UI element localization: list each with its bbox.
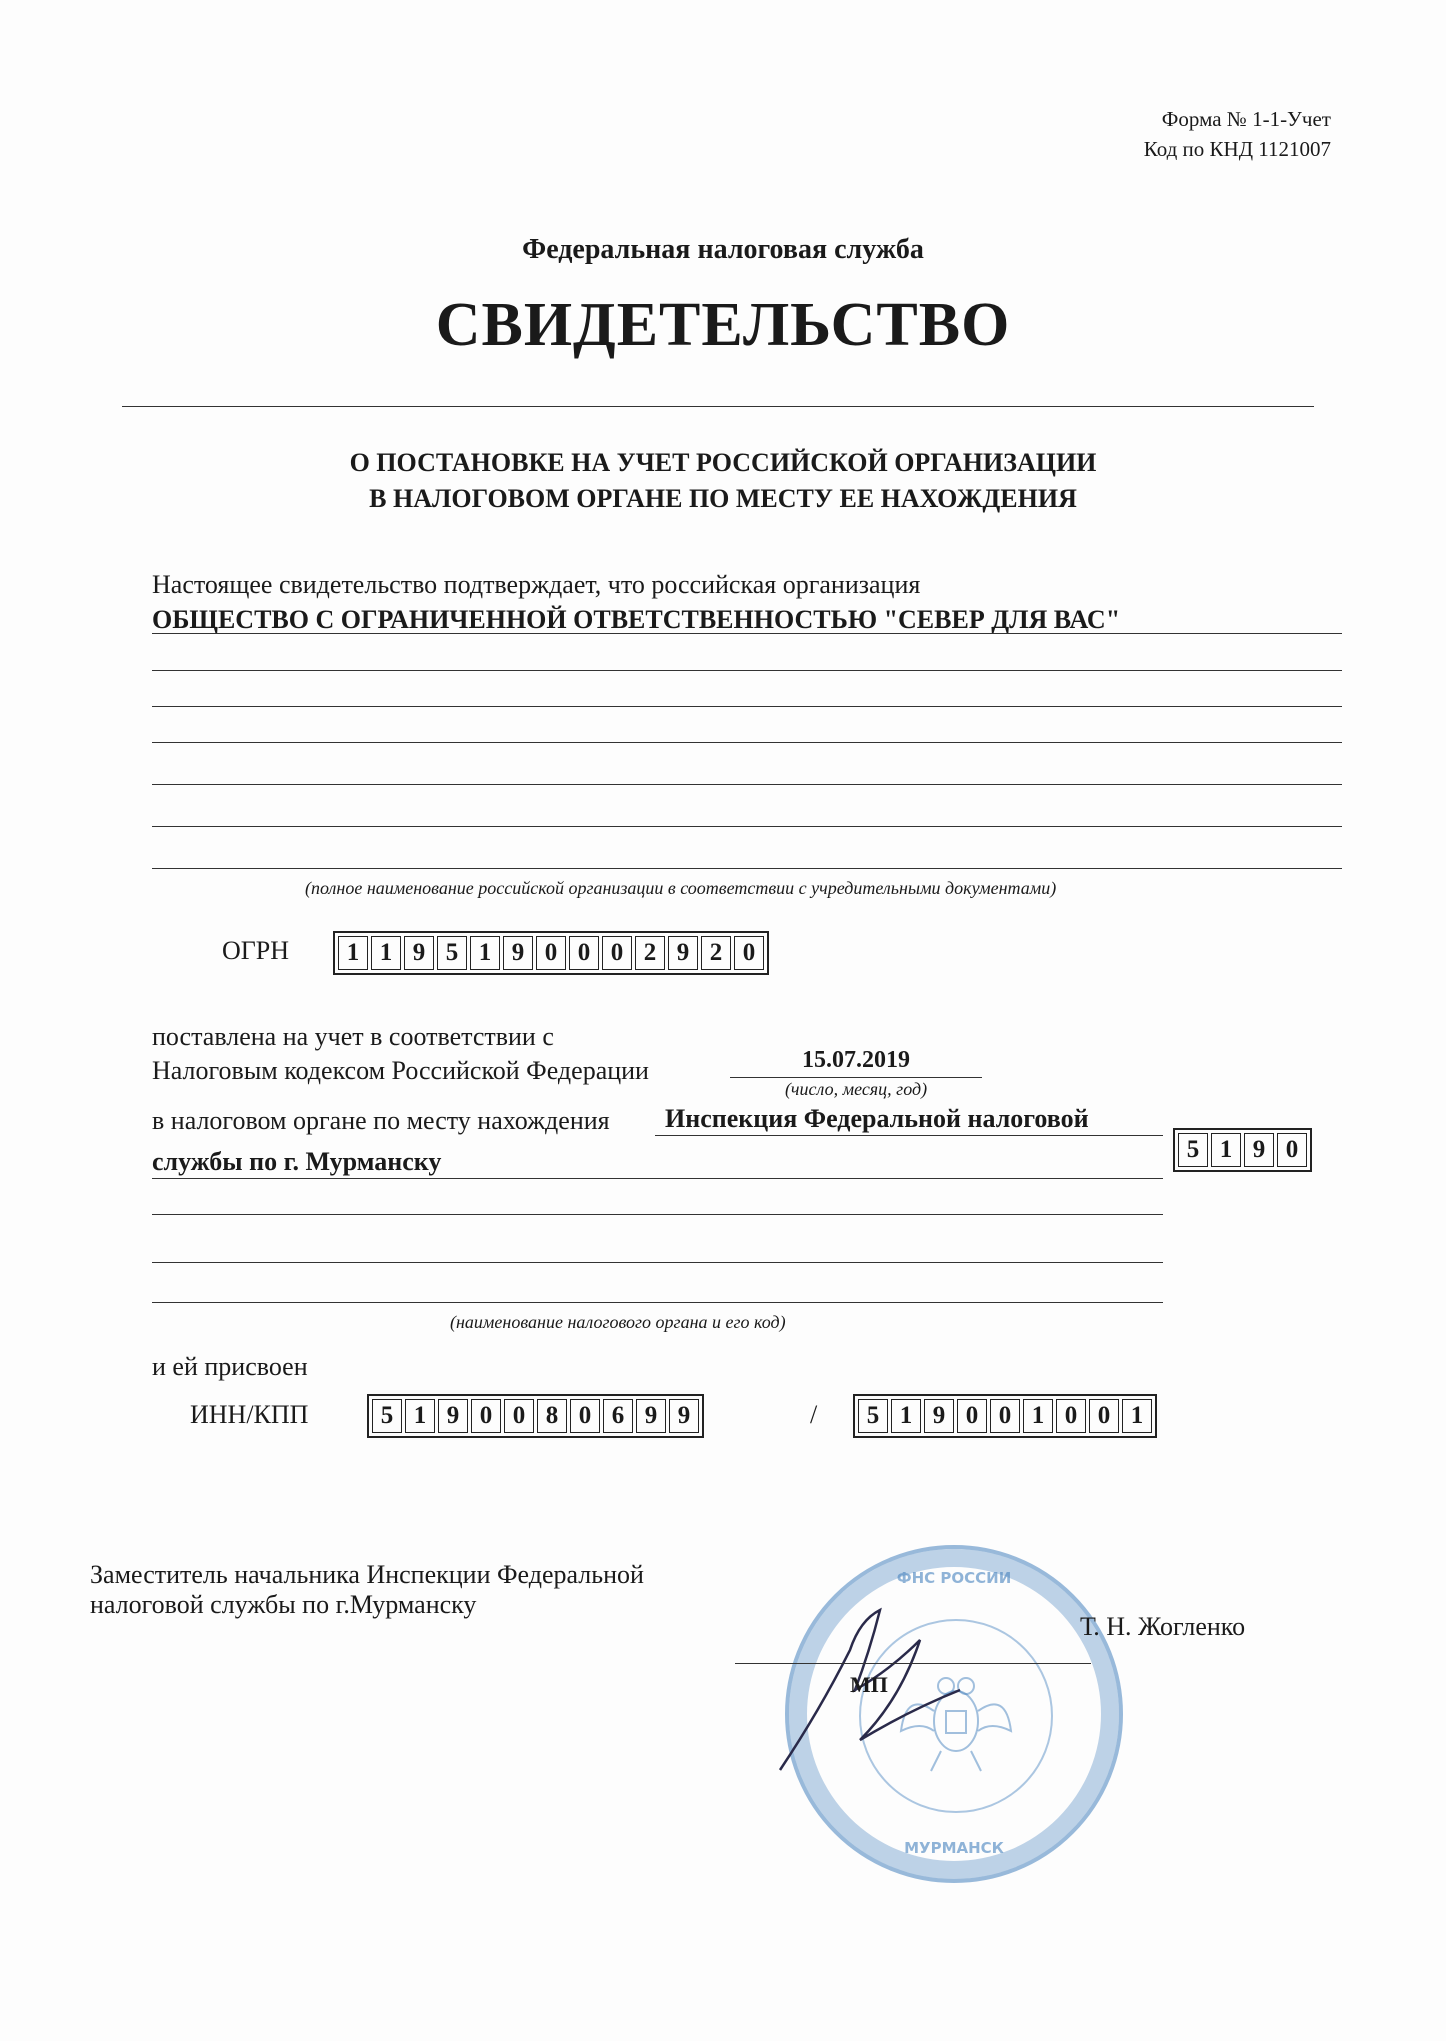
kpp-digit: 1 [1023, 1399, 1053, 1433]
ogrn-digit: 0 [569, 936, 599, 970]
ogrn-digit: 2 [701, 936, 731, 970]
title-divider [122, 406, 1314, 407]
ogrn-digits: 1195190002920 [333, 931, 769, 975]
kpp-digit: 0 [957, 1399, 987, 1433]
ogrn-digit: 9 [668, 936, 698, 970]
kpp-digit: 1 [1122, 1399, 1152, 1433]
date-underline [730, 1077, 982, 1078]
kpp-digit: 0 [1056, 1399, 1086, 1433]
inn-digit: 6 [603, 1399, 633, 1433]
ogrn-digit: 0 [734, 936, 764, 970]
intro-text: Настоящее свидетельство подтверждает, чт… [152, 570, 920, 600]
ogrn-digit: 9 [404, 936, 434, 970]
inn-digits: 5190080699 [367, 1394, 704, 1438]
authority-caption: (наименование налогового органа и его ко… [450, 1312, 786, 1333]
ogrn-digit: 0 [602, 936, 632, 970]
inn-digit: 5 [372, 1399, 402, 1433]
authority-name-2: службы по г. Мурманску [152, 1147, 441, 1177]
subtitle-line-2: В НАЛОГОВОМ ОРГАНЕ ПО МЕСТУ ЕЕ НАХОЖДЕНИ… [0, 481, 1446, 517]
authority-code-digit: 5 [1178, 1133, 1208, 1167]
registration-line-1: поставлена на учет в соответствии с [152, 1022, 554, 1052]
ogrn-label: ОГРН [222, 936, 289, 966]
organization-name: ОБЩЕСТВО С ОГРАНИЧЕННОЙ ОТВЕТСТВЕННОСТЬЮ… [152, 605, 1120, 635]
inn-digit: 1 [405, 1399, 435, 1433]
inn-digit: 9 [438, 1399, 468, 1433]
authority-line-5 [152, 1302, 1163, 1303]
inn-digit: 9 [636, 1399, 666, 1433]
inn-digit: 0 [570, 1399, 600, 1433]
authority-line-4 [152, 1262, 1163, 1263]
authority-line-2 [152, 1178, 1163, 1179]
signatory-position: Заместитель начальника Инспекции Федерал… [90, 1560, 644, 1620]
org-line-1 [152, 633, 1342, 634]
inn-digit: 9 [669, 1399, 699, 1433]
authority-label: в налоговом органе по месту нахождения [152, 1106, 610, 1136]
ogrn-digit: 0 [536, 936, 566, 970]
ogrn-digit: 2 [635, 936, 665, 970]
org-line-6 [152, 826, 1342, 827]
seal-label: МП [850, 1672, 888, 1698]
authority-line-3 [152, 1214, 1163, 1215]
authority-line-1 [655, 1135, 1163, 1136]
kpp-digit: 0 [990, 1399, 1020, 1433]
knd-code: Код по КНД 1121007 [1144, 134, 1331, 164]
authority-code: 5190 [1173, 1128, 1312, 1172]
position-line-1: Заместитель начальника Инспекции Федерал… [90, 1560, 644, 1590]
authority-code-digit: 0 [1277, 1133, 1307, 1167]
kpp-digit: 1 [891, 1399, 921, 1433]
ogrn-digit: 5 [437, 936, 467, 970]
inn-digit: 0 [471, 1399, 501, 1433]
org-line-2 [152, 670, 1342, 671]
form-info: Форма № 1-1-Учет Код по КНД 1121007 [1144, 104, 1331, 164]
ogrn-digit: 1 [338, 936, 368, 970]
signature-line [735, 1663, 1091, 1664]
signatory-name: Т. Н. Жогленко [1080, 1612, 1245, 1642]
stamp-text-bottom: МУРМАНСК [789, 1839, 1119, 1857]
document-subtitle: О ПОСТАНОВКЕ НА УЧЕТ РОССИЙСКОЙ ОРГАНИЗА… [0, 445, 1446, 517]
ogrn-digit: 1 [470, 936, 500, 970]
ogrn-digit: 1 [371, 936, 401, 970]
registration-date: 15.07.2019 [730, 1047, 982, 1074]
authority-name-1: Инспекция Федеральной налоговой [665, 1104, 1089, 1134]
org-name-caption: (полное наименование российской организа… [305, 878, 1056, 899]
subtitle-line-1: О ПОСТАНОВКЕ НА УЧЕТ РОССИЙСКОЙ ОРГАНИЗА… [0, 445, 1446, 481]
inn-digit: 8 [537, 1399, 567, 1433]
inn-kpp-label: ИНН/КПП [190, 1400, 308, 1430]
form-number: Форма № 1-1-Учет [1144, 104, 1331, 134]
position-line-2: налоговой службы по г.Мурманску [90, 1590, 644, 1620]
kpp-digit: 9 [924, 1399, 954, 1433]
kpp-digits: 519001001 [853, 1394, 1157, 1438]
stamp-text: ФНС РОССИИ [789, 1569, 1119, 1587]
signature-scribble-icon [760, 1590, 1020, 1780]
kpp-digit: 5 [858, 1399, 888, 1433]
registration-line-2: Налоговым кодексом Российской Федерации [152, 1056, 649, 1086]
org-line-7 [152, 868, 1342, 869]
kpp-digit: 0 [1089, 1399, 1119, 1433]
org-line-3 [152, 706, 1342, 707]
org-line-4 [152, 742, 1342, 743]
authority-code-digit: 9 [1244, 1133, 1274, 1167]
inn-digit: 0 [504, 1399, 534, 1433]
document-title: СВИДЕТЕЛЬСТВО [0, 290, 1446, 361]
agency-name: Федеральная налоговая служба [0, 234, 1446, 266]
authority-code-digit: 1 [1211, 1133, 1241, 1167]
date-caption: (число, месяц, год) [730, 1079, 982, 1100]
org-line-5 [152, 784, 1342, 785]
assigned-label: и ей присвоен [152, 1352, 308, 1382]
ogrn-digit: 9 [503, 936, 533, 970]
inn-kpp-separator: / [810, 1400, 817, 1430]
